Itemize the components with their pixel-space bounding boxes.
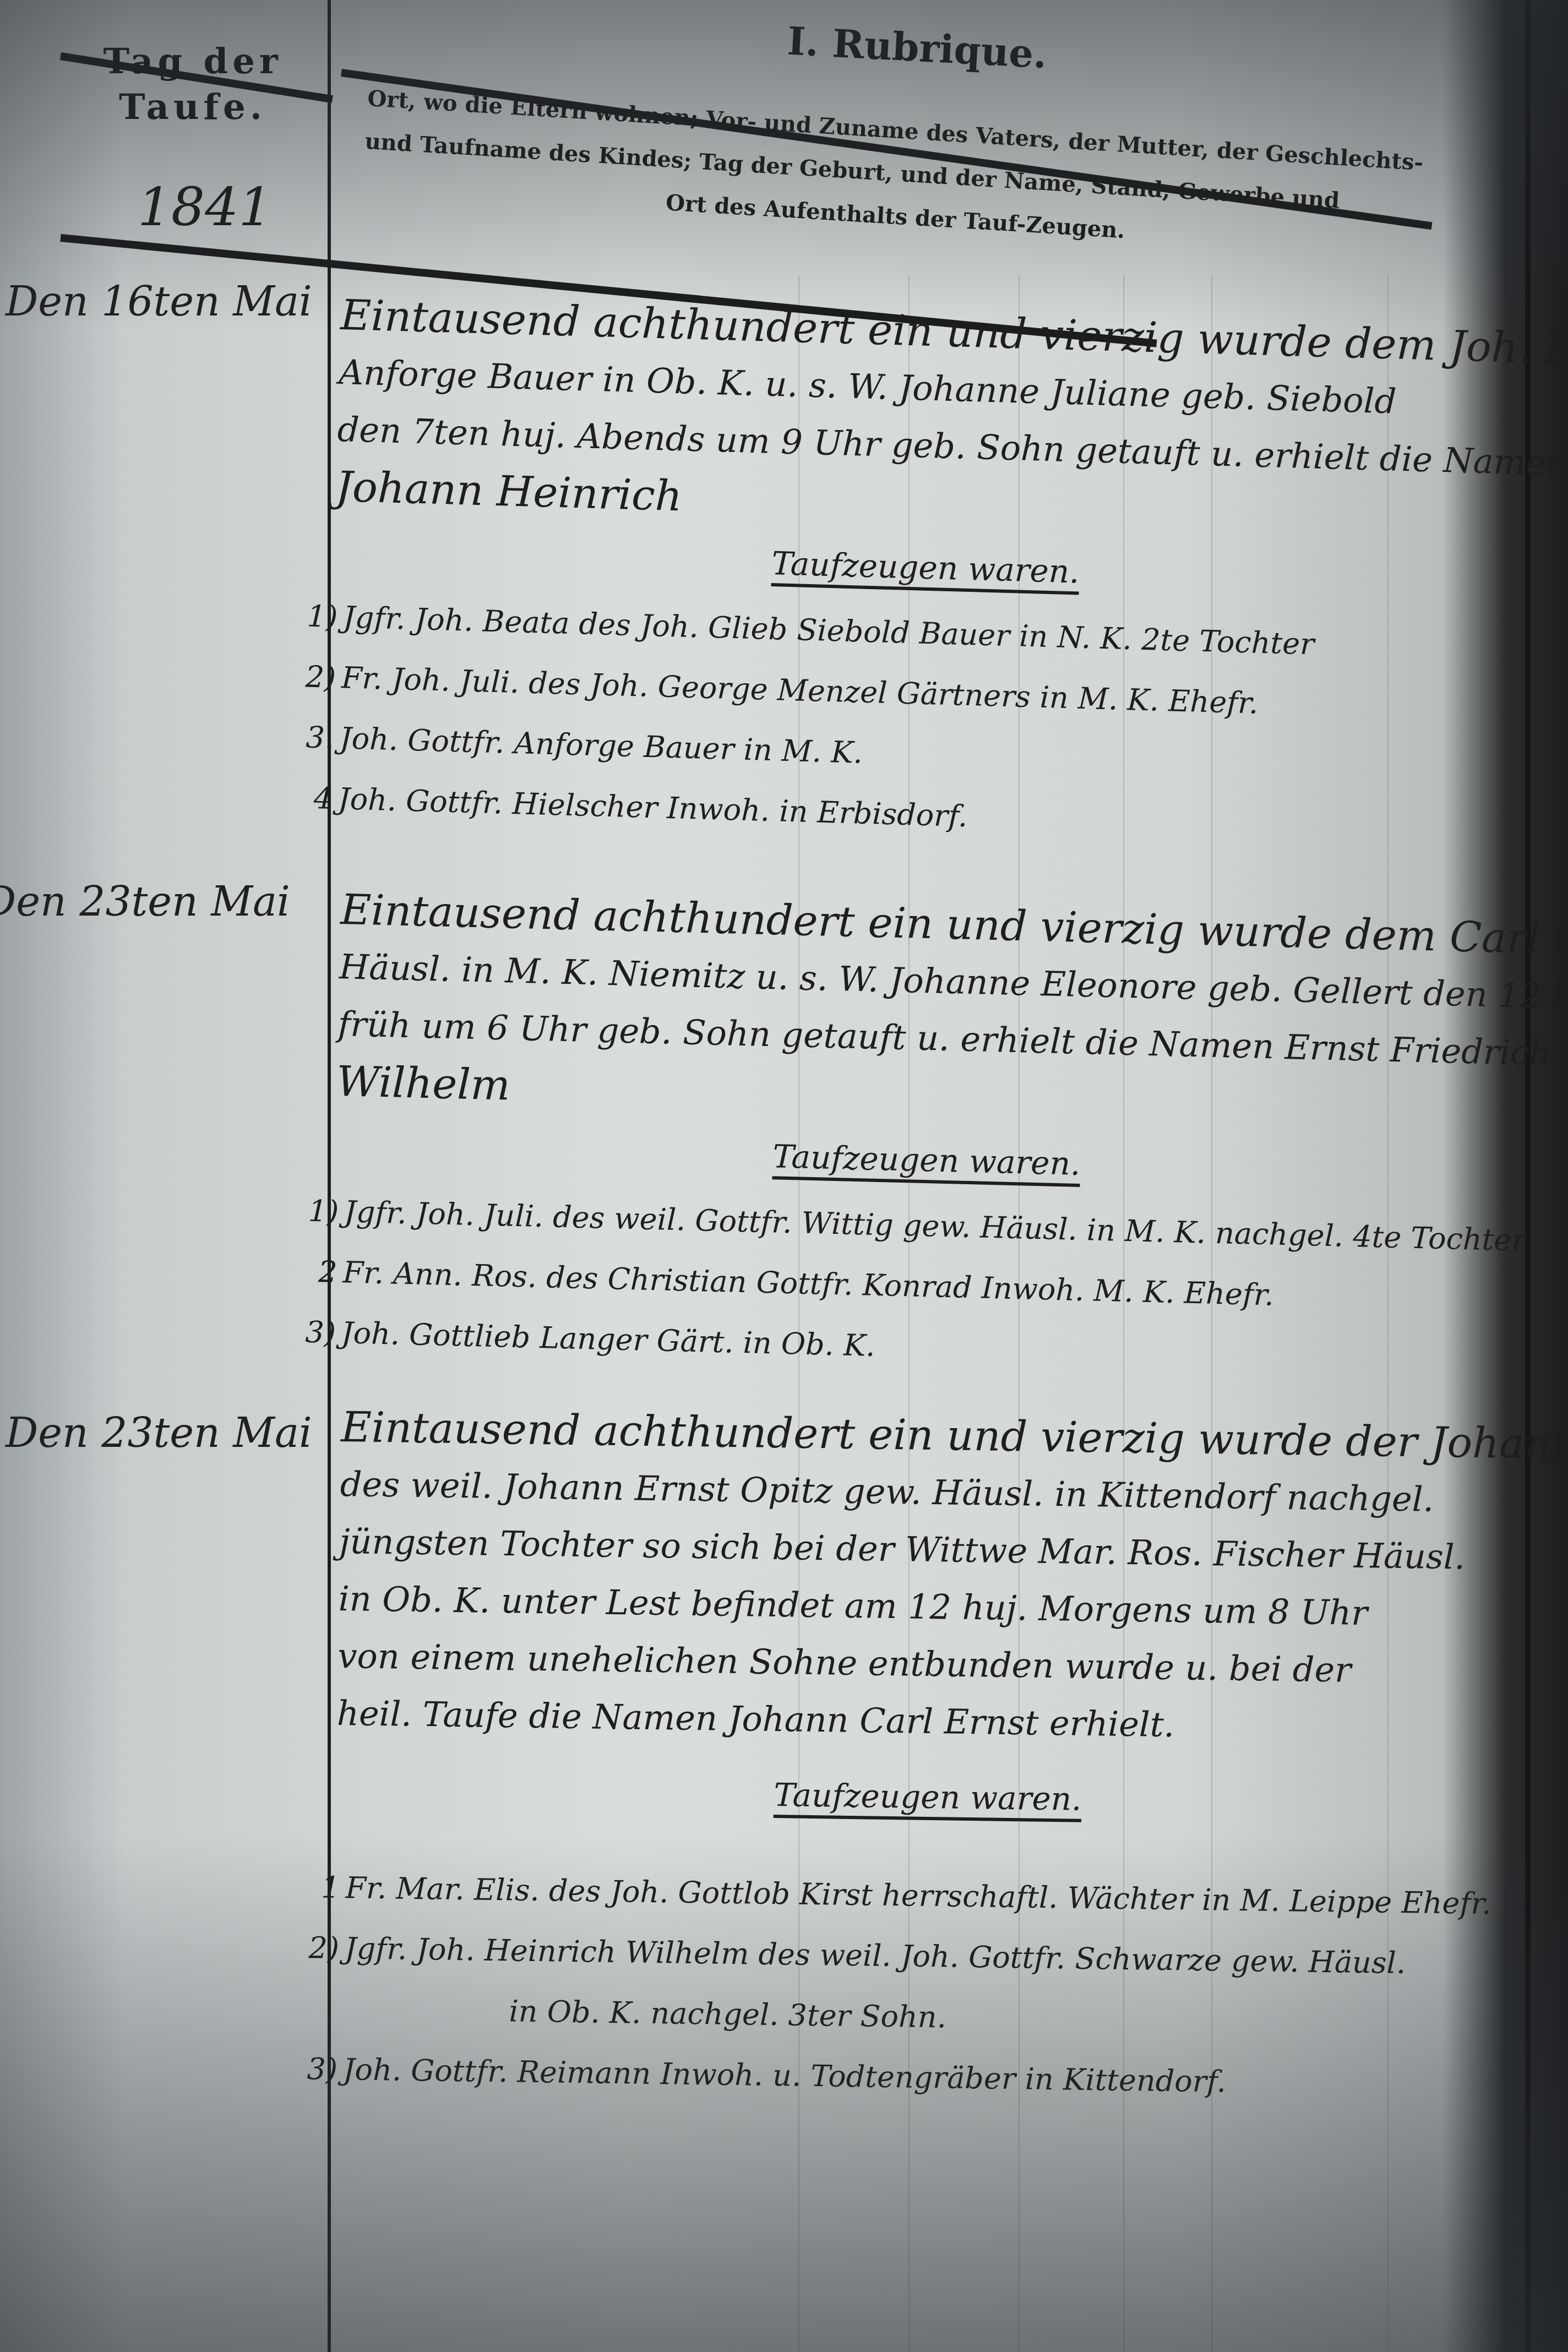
witness-heading: Taufzeugen waren. <box>335 1753 1520 1841</box>
entry-date: Den 16ten Mai <box>6 278 312 325</box>
register-page: Tag der Taufe. 1841 I. Rubrique. Ort, wo… <box>0 0 1568 2352</box>
column-divider <box>328 0 331 2352</box>
baptism-entry: Eintausend achthundert ein und vierzig w… <box>331 1398 1525 2116</box>
column-header-date: Tag der Taufe. <box>66 39 319 130</box>
section-title: I. Rubrique. <box>786 18 1048 78</box>
register-year: 1841 <box>138 176 272 238</box>
baptism-entry: Eintausend achthundert ein und vierzig w… <box>330 881 1525 1392</box>
entry-date: Den 23ten Mai <box>6 1409 312 1457</box>
baptism-entry: Eintausend achthundert ein und vierzig w… <box>326 286 1525 862</box>
column-header-description: Ort, wo die Eltern wohnen; Vor- und Zuna… <box>361 77 1435 271</box>
entry-date: Den 23ten Mai <box>0 878 290 925</box>
